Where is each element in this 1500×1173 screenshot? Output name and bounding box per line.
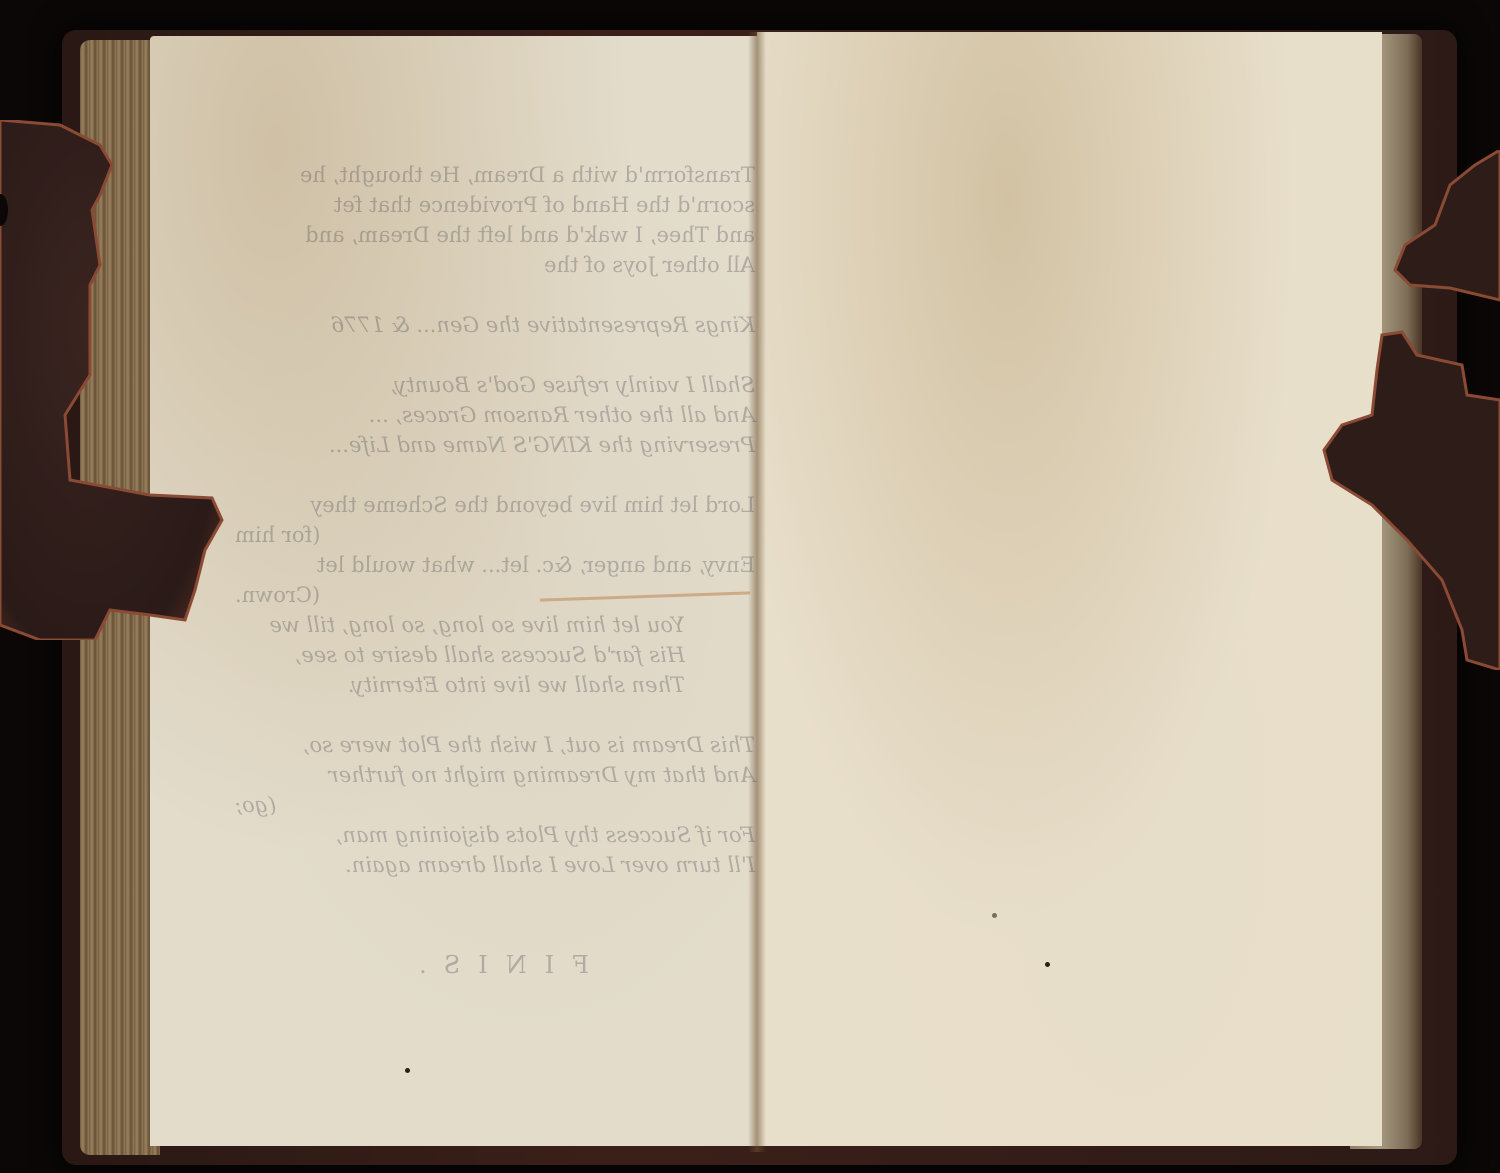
paper-speck <box>405 1068 410 1073</box>
text-line: And all the other Ransom Graces, ... <box>235 400 755 430</box>
text-line: scorn'd the Hand of Providence that fet <box>235 190 755 220</box>
paper-speck <box>1045 962 1050 967</box>
text-line: Envy, and anger, &c. let... what would l… <box>235 550 755 580</box>
right-page-weight-lower <box>1322 330 1500 670</box>
right-page-blank <box>757 32 1382 1146</box>
book-photo: Transform'd with a Dream, He thought, he… <box>0 0 1500 1173</box>
text-line: Shall I vainly refuse God's Bounty, <box>235 370 755 400</box>
text-line: All other Joys of the <box>235 250 755 280</box>
text-line: Then shall we live into Eternity. <box>235 670 755 700</box>
text-line: and Thee, I wak'd and left the Dream, an… <box>235 220 755 250</box>
text-line: Kings Representative the Gen... & 1776 <box>235 310 755 340</box>
text-line: (Crown. <box>235 580 755 610</box>
text-line: And that my Dreaming might no further <box>235 760 755 790</box>
text-line: This Dream is out, I wish the Plot were … <box>235 730 755 760</box>
text-line: You let him live so long, so long, till … <box>235 610 755 640</box>
text-line: His far'd Success shall desire to see, <box>235 640 755 670</box>
right-page-weight-upper <box>1390 150 1500 320</box>
mirrored-showthrough-text: Transform'd with a Dream, He thought, he… <box>235 160 755 980</box>
text-line: Transform'd with a Dream, He thought, he <box>235 160 755 190</box>
left-page-weight <box>0 120 225 640</box>
finis-text: FINIS. <box>235 950 755 980</box>
text-line: (go; <box>235 790 755 820</box>
text-line: For if Success thy Plots disjoining man, <box>235 820 755 850</box>
paper-speck <box>992 913 997 918</box>
text-line: I'll turn over Love I shall dream again. <box>235 850 755 880</box>
text-line: (for him <box>235 520 755 550</box>
text-line: Preserving the KING'S Name and Life... <box>235 430 755 460</box>
text-line: Lord let him live beyond the Scheme they <box>235 490 755 520</box>
